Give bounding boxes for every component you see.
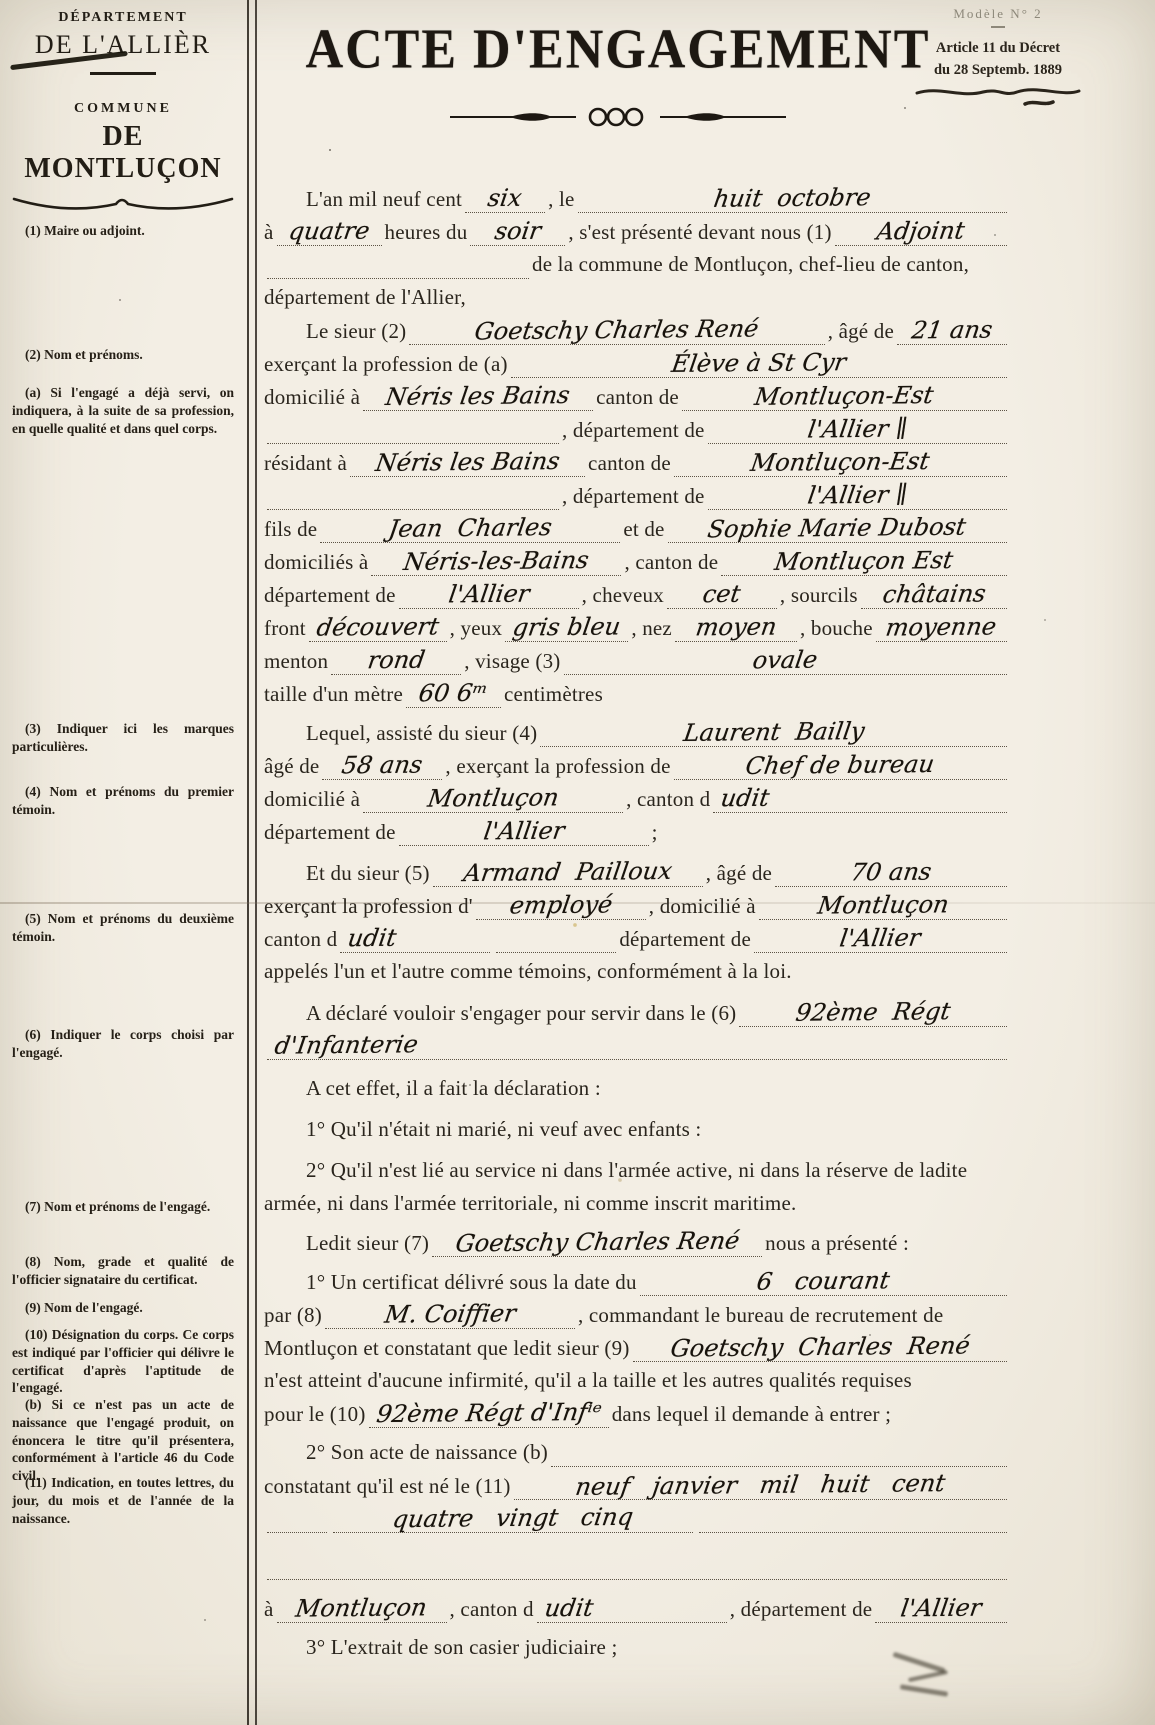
printed-text: taille d'un mètre <box>264 682 403 707</box>
handwritten-fill: Montluçon-Est <box>674 450 1007 477</box>
margin-note-6: (6) Indiquer le corps choisi par l'engag… <box>12 1026 234 1062</box>
printed-text: , nez <box>631 616 672 641</box>
handwritten-fill: Néris les Bains <box>350 450 585 477</box>
handwritten-fill: 58 ans <box>322 753 442 780</box>
handwriting: d'Infanterie <box>265 1032 428 1058</box>
body-line: domiciliés àNéris-les-Bains, canton deMo… <box>264 549 1010 582</box>
body-line: fils deJean Charleset deSophie Marie Dub… <box>264 516 1010 549</box>
blank-line <box>267 443 559 444</box>
handwriting: l'Allier <box>439 581 539 606</box>
body-line: taille d'un mètre60 6ᵐcentimètres <box>264 681 1010 714</box>
body-line: 1° Un certificat délivré sous la date du… <box>264 1269 1010 1302</box>
body-line: quatre vingt cinq <box>264 1506 1010 1539</box>
printed-text: 2° Son acte de naissance (b) <box>306 1440 548 1465</box>
printed-text: nous a présenté : <box>765 1231 909 1256</box>
margin-note-1: (1) Maire ou adjoint. <box>12 222 234 240</box>
handwriting: Chef de bureau <box>736 752 944 778</box>
margin-note-8: (8) Nom, grade et qualité de l'officier … <box>12 1253 234 1289</box>
handwriting: découvert <box>307 614 449 639</box>
printed-text: n'est atteint d'aucune infirmité, qu'il … <box>264 1368 912 1393</box>
printed-text: , exerçant la profession de <box>445 754 670 779</box>
body-line: Le sieur (2)Goetschy Charles René, âgé d… <box>264 318 1010 351</box>
body-line: L'an mil neuf centsix, lehuit octobre <box>264 186 1010 219</box>
blank-line <box>699 1532 1007 1533</box>
handwritten-fill: l'Allier <box>399 582 579 609</box>
printed-text: , domicilié à <box>649 894 756 919</box>
handwritten-fill: Jean Charles <box>320 516 620 543</box>
body-line: d'Infanterie <box>264 1033 1010 1066</box>
printed-text: armée, ni dans l'armée territoriale, ni … <box>264 1191 796 1216</box>
body-line: àMontluçon, canton dudit, département de… <box>264 1596 1010 1629</box>
handwriting: moyenne <box>876 614 1006 639</box>
body-line: résidant àNéris les Bainscanton deMontlu… <box>264 450 1010 483</box>
handwriting: neuf janvier mil huit cent <box>566 1471 955 1499</box>
handwriting: 70 ans <box>841 859 941 884</box>
handwritten-fill: employé <box>476 893 646 920</box>
printed-text: département de <box>264 820 396 845</box>
handwritten-fill: Néris les Bains <box>363 384 593 411</box>
handwriting: Jean Charles <box>379 515 561 541</box>
handwriting: Goetschy Charles René <box>465 316 768 343</box>
body-line: Et du sieur (5)Armand Pailloux, âgé de70… <box>264 860 1010 893</box>
printed-text: et de <box>623 517 664 542</box>
handwritten-fill: six <box>465 186 545 213</box>
body-line: , département del'Allier ∥ <box>264 417 1010 450</box>
printed-text: département de <box>619 927 751 952</box>
handwritten-fill: 92ème Régt <box>739 1000 1007 1027</box>
handwriting: huit octobre <box>704 185 880 211</box>
handwriting: soir <box>485 219 551 244</box>
handwriting: Laurent Bailly <box>674 719 874 745</box>
body-line: Montluçon et constatant que ledit sieur … <box>264 1335 1010 1368</box>
printed-text: département de l'Allier, <box>264 285 466 310</box>
printed-text: canton d <box>264 927 337 952</box>
handwriting: 92ème Régt <box>786 999 960 1025</box>
printed-text: appelés l'un et l'autre comme témoins, c… <box>264 959 792 984</box>
handwriting: Sophie Marie Dubost <box>698 515 976 542</box>
handwritten-fill: Adjoint <box>835 219 1007 246</box>
margin-note-10: (10) Désignation du corps. Ce corps est … <box>12 1326 234 1397</box>
printed-text: , commandant le bureau de recrutement de <box>578 1303 943 1328</box>
handwriting: Néris les Bains <box>366 449 569 475</box>
printed-text: , sourcils <box>780 583 858 608</box>
handwritten-fill: udit <box>713 786 1007 813</box>
handwriting: Adjoint <box>867 218 974 243</box>
body-line: frontdécouvert, yeuxgris bleu, nezmoyen,… <box>264 615 1010 648</box>
blank-line <box>267 509 559 510</box>
handwritten-fill: rond <box>331 648 461 675</box>
brace-ornament <box>10 191 236 217</box>
body-line: Lequel, assisté du sieur (4)Laurent Bail… <box>264 720 1010 753</box>
divider-rule <box>90 72 156 75</box>
printed-text: domicilié à <box>264 385 360 410</box>
margin-note-11: (11) Indication, en toutes lettres, du j… <box>12 1474 234 1527</box>
handwritten-fill: l'Allier ∥ <box>708 417 1007 444</box>
handwritten-fill: M. Coiffier <box>325 1302 575 1329</box>
handwritten-fill: quatre vingt cinq <box>333 1506 693 1533</box>
handwritten-fill: Montluçon <box>277 1596 447 1623</box>
printed-text: A cet effet, il a fait la déclaration : <box>306 1076 601 1101</box>
body-line: 2° Son acte de naissance (b) <box>264 1440 1010 1473</box>
printed-text: canton de <box>588 451 671 476</box>
handwritten-fill: l'Allier <box>754 926 1007 953</box>
printed-text: menton <box>264 649 328 674</box>
body-line: domicilié àMontluçon, canton dudit <box>264 786 1010 819</box>
handwritten-fill: d'Infanterie <box>267 1033 1007 1060</box>
handwritten-fill: quatre <box>277 219 382 246</box>
margin-note-4: (4) Nom et prénoms du premier témoin. <box>12 783 234 819</box>
printed-text: Montluçon et constatant que ledit sieur … <box>264 1336 630 1361</box>
printed-text: Le sieur (2) <box>306 319 406 344</box>
printed-text: L'an mil neuf cent <box>306 187 462 212</box>
handwriting: 21 ans <box>902 317 1002 342</box>
printed-text: département de <box>264 583 396 608</box>
printed-text: , bouche <box>800 616 873 641</box>
body-line: , département del'Allier ∥ <box>264 483 1010 516</box>
handwritten-fill: 70 ans <box>775 860 1007 887</box>
handwritten-fill: moyen <box>675 615 797 642</box>
printed-text: front <box>264 616 306 641</box>
blank-line <box>267 1579 1007 1580</box>
printed-text: domicilié à <box>264 787 360 812</box>
body-line: canton duditdépartement del'Allier <box>264 926 1010 959</box>
handwriting: Montluçon <box>418 785 568 811</box>
printed-text: centimètres <box>504 682 603 707</box>
handwritten-fill: Montluçon Est <box>721 549 1007 576</box>
body-line: Ledit sieur (7)Goetschy Charles Renénous… <box>264 1230 1010 1263</box>
handwriting: Néris-les-Bains <box>394 548 598 574</box>
handwriting: Montluçon-Est <box>745 383 943 409</box>
body-line: département del'Allier; <box>264 819 1010 852</box>
handwriting: l'Allier <box>474 818 574 843</box>
commune-label: COMMUNE <box>0 101 246 117</box>
blank-line <box>267 1532 327 1533</box>
printed-text: de la commune de Montluçon, chef-lieu de… <box>532 252 969 277</box>
handwriting: Montluçon Est <box>765 548 963 574</box>
handwritten-fill: Goetschy Charles René <box>409 318 824 345</box>
handwritten-fill: cet <box>667 582 777 609</box>
handwritten-fill: Sophie Marie Dubost <box>668 516 1007 543</box>
body-line: exerçant la profession de (a)Élève à St … <box>264 351 1010 384</box>
margin-note-3: (3) Indiquer ici les marques particulièr… <box>12 720 234 756</box>
handwritten-fill: Montluçon <box>363 786 623 813</box>
handwritten-fill: huit octobre <box>578 186 1007 213</box>
handwriting: quatre <box>279 218 379 243</box>
margin-note-2: (2) Nom et prénoms. <box>12 346 234 364</box>
body-line: domicilié àNéris les Bainscanton deMontl… <box>264 384 1010 417</box>
body-line: A cet effet, il a fait la déclaration : <box>264 1076 1010 1109</box>
handwritten-fill: gris bleu <box>505 615 628 642</box>
handwriting: l'Allier <box>891 1595 991 1620</box>
printed-text: Ledit sieur (7) <box>306 1231 429 1256</box>
body-line: âgé de58 ans, exerçant la profession deC… <box>264 753 1010 786</box>
body-line: n'est atteint d'aucune infirmité, qu'il … <box>264 1368 1010 1401</box>
handwritten-fill: udit <box>340 926 490 953</box>
handwritten-fill: moyenne <box>876 615 1007 642</box>
printed-text: dans lequel il demande à entrer ; <box>612 1402 892 1427</box>
handwritten-fill: Goetschy Charles René <box>432 1230 762 1257</box>
handwriting: 60 6ᵐ <box>410 681 498 706</box>
handwriting: 58 ans <box>332 752 432 777</box>
printed-text: , âgé de <box>828 319 894 344</box>
handwritten-fill: l'Allier ∥ <box>708 483 1007 510</box>
printed-text: , département de <box>562 484 705 509</box>
handwritten-fill: Élève à St Cyr <box>511 351 1007 378</box>
handwriting: Montluçon <box>808 892 958 918</box>
handwritten-fill: 6 courant <box>640 1269 1007 1296</box>
printed-text: à <box>264 1597 274 1622</box>
body-line: exerçant la profession d'employé, domici… <box>264 893 1010 926</box>
body-line: 2° Qu'il n'est lié au service ni dans l'… <box>264 1158 1010 1191</box>
handwritten-fill: Armand Pailloux <box>433 860 703 887</box>
commune-name: DE MONTLUÇON <box>0 121 246 185</box>
handwritten-fill: Chef de bureau <box>674 753 1007 780</box>
body-line: armée, ni dans l'armée territoriale, ni … <box>264 1191 1010 1224</box>
handwritten-fill: Goetschy Charles René <box>633 1335 1007 1362</box>
body-lines: L'an mil neuf centsix, lehuit octobreàqu… <box>264 0 1010 1668</box>
printed-text: résidant à <box>264 451 347 476</box>
printed-text: , canton d <box>450 1597 534 1622</box>
handwriting: l'Allier <box>830 925 930 950</box>
printed-text: exerçant la profession de (a) <box>264 352 508 377</box>
printed-text: , département de <box>562 418 705 443</box>
body-line: A déclaré vouloir s'engager pour servir … <box>264 1000 1010 1033</box>
printed-text: pour le (10) <box>264 1402 366 1427</box>
printed-text: canton de <box>596 385 679 410</box>
body-line <box>264 1553 1010 1586</box>
handwritten-fill: Néris-les-Bains <box>371 549 621 576</box>
handwritten-fill: l'Allier <box>875 1596 1007 1623</box>
body-line: département de l'Allier, <box>264 285 1010 318</box>
printed-text: , département de <box>730 1597 873 1622</box>
margin-note-5: (5) Nom et prénoms du deuxième témoin. <box>12 910 234 946</box>
handwriting: gris bleu <box>503 614 630 639</box>
printed-text: à <box>264 220 274 245</box>
blank-line <box>267 278 529 279</box>
blank-line <box>496 952 616 953</box>
printed-text: par (8) <box>264 1303 322 1328</box>
handwriting: quatre vingt cinq <box>383 1505 643 1532</box>
printed-text: , âgé de <box>706 861 772 886</box>
body-line: mentonrond, visage (3)ovale <box>264 648 1010 681</box>
printed-text: 2° Qu'il n'est lié au service ni dans l'… <box>306 1158 967 1183</box>
printed-text: 3° L'extrait de son casier judiciaire ; <box>306 1635 618 1660</box>
body-line: constatant qu'il est né le (11)neuf janv… <box>264 1473 1010 1506</box>
printed-text: , canton de <box>624 550 718 575</box>
handwriting: l'Allier ∥ <box>798 482 917 507</box>
handwriting: Néris les Bains <box>376 383 579 409</box>
handwriting: udit <box>535 1596 603 1621</box>
margin-header: DÉPARTEMENT DE L'ALLIÈR COMMUNE DE MONTL… <box>0 0 246 217</box>
handwritten-fill: l'Allier <box>399 819 649 846</box>
handwriting: Montluçon <box>286 1595 436 1621</box>
departement-label: DÉPARTEMENT <box>0 10 246 26</box>
handwriting: udit <box>712 786 780 811</box>
handwriting: moyen <box>686 614 786 639</box>
handwriting: cet <box>693 582 750 607</box>
handwritten-fill: 21 ans <box>897 318 1007 345</box>
body-line: département del'Allier, cheveuxcet, sour… <box>264 582 1010 615</box>
handwritten-fill: Montluçon <box>759 893 1007 920</box>
printed-text: fils de <box>264 517 317 542</box>
handwriting: Goetschy Charles René <box>660 1333 979 1360</box>
margin-note-7: (7) Nom et prénoms de l'engagé. <box>12 1198 234 1216</box>
handwritten-fill: udit <box>537 1596 727 1623</box>
handwriting: Armand Pailloux <box>454 859 682 885</box>
blank-line <box>551 1466 1007 1467</box>
handwritten-fill: découvert <box>309 615 447 642</box>
ink-smudge <box>882 1652 974 1710</box>
printed-text: constatant qu'il est né le (11) <box>264 1474 511 1499</box>
handwriting: rond <box>358 648 434 673</box>
printed-text: âgé de <box>264 754 319 779</box>
printed-text: , yeux <box>450 616 503 641</box>
handwriting: l'Allier ∥ <box>798 416 917 441</box>
printed-text: 1° Qu'il n'était ni marié, ni veuf avec … <box>306 1117 701 1142</box>
handwriting: châtains <box>873 581 995 606</box>
handwriting: M. Coiffier <box>375 1301 525 1327</box>
document-page: DÉPARTEMENT DE L'ALLIÈR COMMUNE DE MONTL… <box>0 0 1155 1725</box>
handwriting: ovale <box>743 648 827 673</box>
margin-note-b: (b) Si ce n'est pas un acte de naissance… <box>12 1396 234 1485</box>
handwritten-fill: 60 6ᵐ <box>406 681 501 708</box>
printed-text: , cheveux <box>582 583 664 608</box>
handwriting: Goetschy Charles René <box>445 1228 748 1255</box>
printed-text: domiciliés à <box>264 550 368 575</box>
printed-text: , s'est présenté devant nous (1) <box>568 220 831 245</box>
printed-text: , le <box>548 187 574 212</box>
handwriting: Élève à St Cyr <box>662 350 856 376</box>
left-margin-column: DÉPARTEMENT DE L'ALLIÈR COMMUNE DE MONTL… <box>0 0 246 1725</box>
printed-text: A déclaré vouloir s'engager pour servir … <box>306 1001 736 1026</box>
handwriting: employé <box>500 892 622 917</box>
printed-text: , visage (3) <box>464 649 560 674</box>
handwritten-fill: Montluçon-Est <box>682 384 1007 411</box>
printed-text: 1° Un certificat délivré sous la date du <box>306 1270 637 1295</box>
handwritten-fill: neuf janvier mil huit cent <box>514 1473 1007 1500</box>
body-line: 1° Qu'il n'était ni marié, ni veuf avec … <box>264 1117 1010 1150</box>
handwritten-fill: soir <box>470 219 565 246</box>
printed-text: Et du sieur (5) <box>306 861 430 886</box>
handwritten-fill: Laurent Bailly <box>540 720 1007 747</box>
body-line: pour le (10)92ème Régt d'Infⁱᵉdans leque… <box>264 1401 1010 1434</box>
handwritten-fill: 92ème Régt d'Infⁱᵉ <box>369 1401 609 1428</box>
handwriting: Montluçon-Est <box>741 449 939 475</box>
handwriting: 92ème Régt d'Infⁱᵉ <box>367 1400 611 1427</box>
handwriting: udit <box>339 926 407 951</box>
handwritten-fill: châtains <box>861 582 1007 609</box>
printed-text: Lequel, assisté du sieur (4) <box>306 721 537 746</box>
body-line: par (8)M. Coiffier, commandant le bureau… <box>264 1302 1010 1335</box>
printed-text: ; <box>652 820 658 845</box>
margin-note-a: (a) Si l'engagé a déjà servi, on indique… <box>12 384 234 437</box>
handwriting: six <box>478 186 531 211</box>
body-line: appelés l'un et l'autre comme témoins, c… <box>264 959 1010 992</box>
printed-text: heures du <box>385 220 468 245</box>
margin-note-9: (9) Nom de l'engagé. <box>12 1299 234 1317</box>
vertical-rule <box>247 0 257 1725</box>
body-line: àquatreheures dusoir, s'est présenté dev… <box>264 219 1010 252</box>
printed-text: exerçant la profession d' <box>264 894 473 919</box>
body-line: de la commune de Montluçon, chef-lieu de… <box>264 252 1010 285</box>
printed-text: , canton d <box>626 787 710 812</box>
handwriting: 6 courant <box>747 1268 899 1294</box>
handwritten-fill: ovale <box>564 648 1008 675</box>
